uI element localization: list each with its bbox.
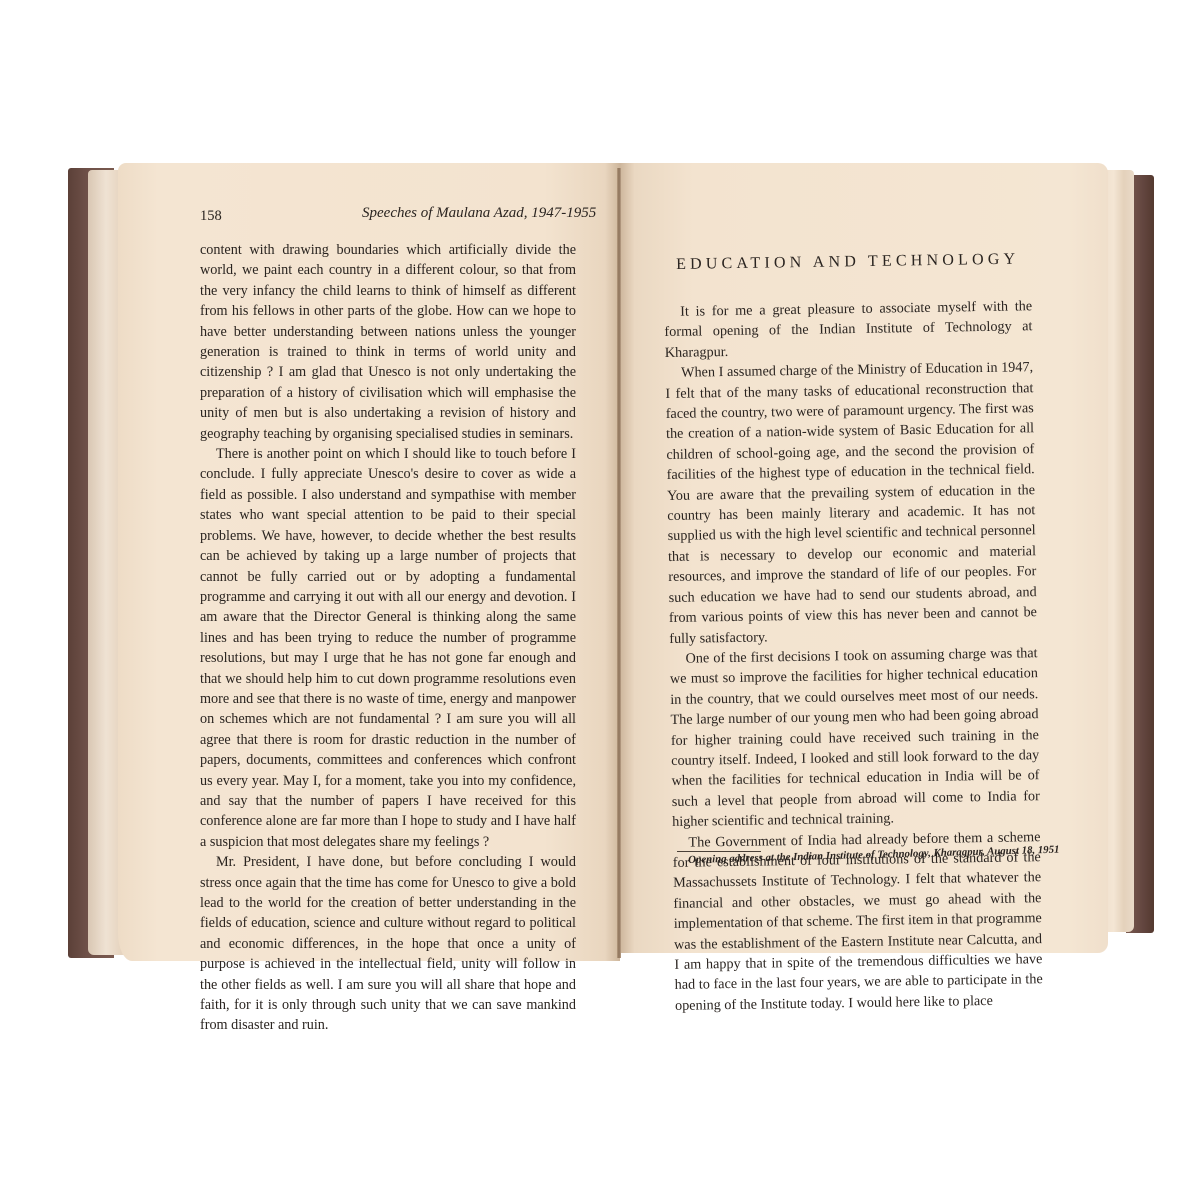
left-page-body: content with drawing boundaries which ar… — [200, 240, 576, 1036]
paragraph: Mr. President, I have done, but before c… — [200, 852, 576, 1036]
book-gutter — [617, 168, 621, 958]
paragraph: One of the first decisions I took on ass… — [669, 643, 1040, 832]
paragraph: It is for me a great pleasure to associa… — [664, 296, 1033, 363]
running-title: Speeches of Maulana Azad, 1947-1955 — [362, 205, 596, 222]
paragraph: When I assumed charge of the Ministry of… — [665, 357, 1037, 648]
paragraph: There is another point on which I should… — [200, 444, 576, 852]
right-page-body: It is for me a great pleasure to associa… — [664, 296, 1043, 1016]
paragraph: content with drawing boundaries which ar… — [200, 240, 576, 444]
page-number: 158 — [200, 208, 222, 225]
